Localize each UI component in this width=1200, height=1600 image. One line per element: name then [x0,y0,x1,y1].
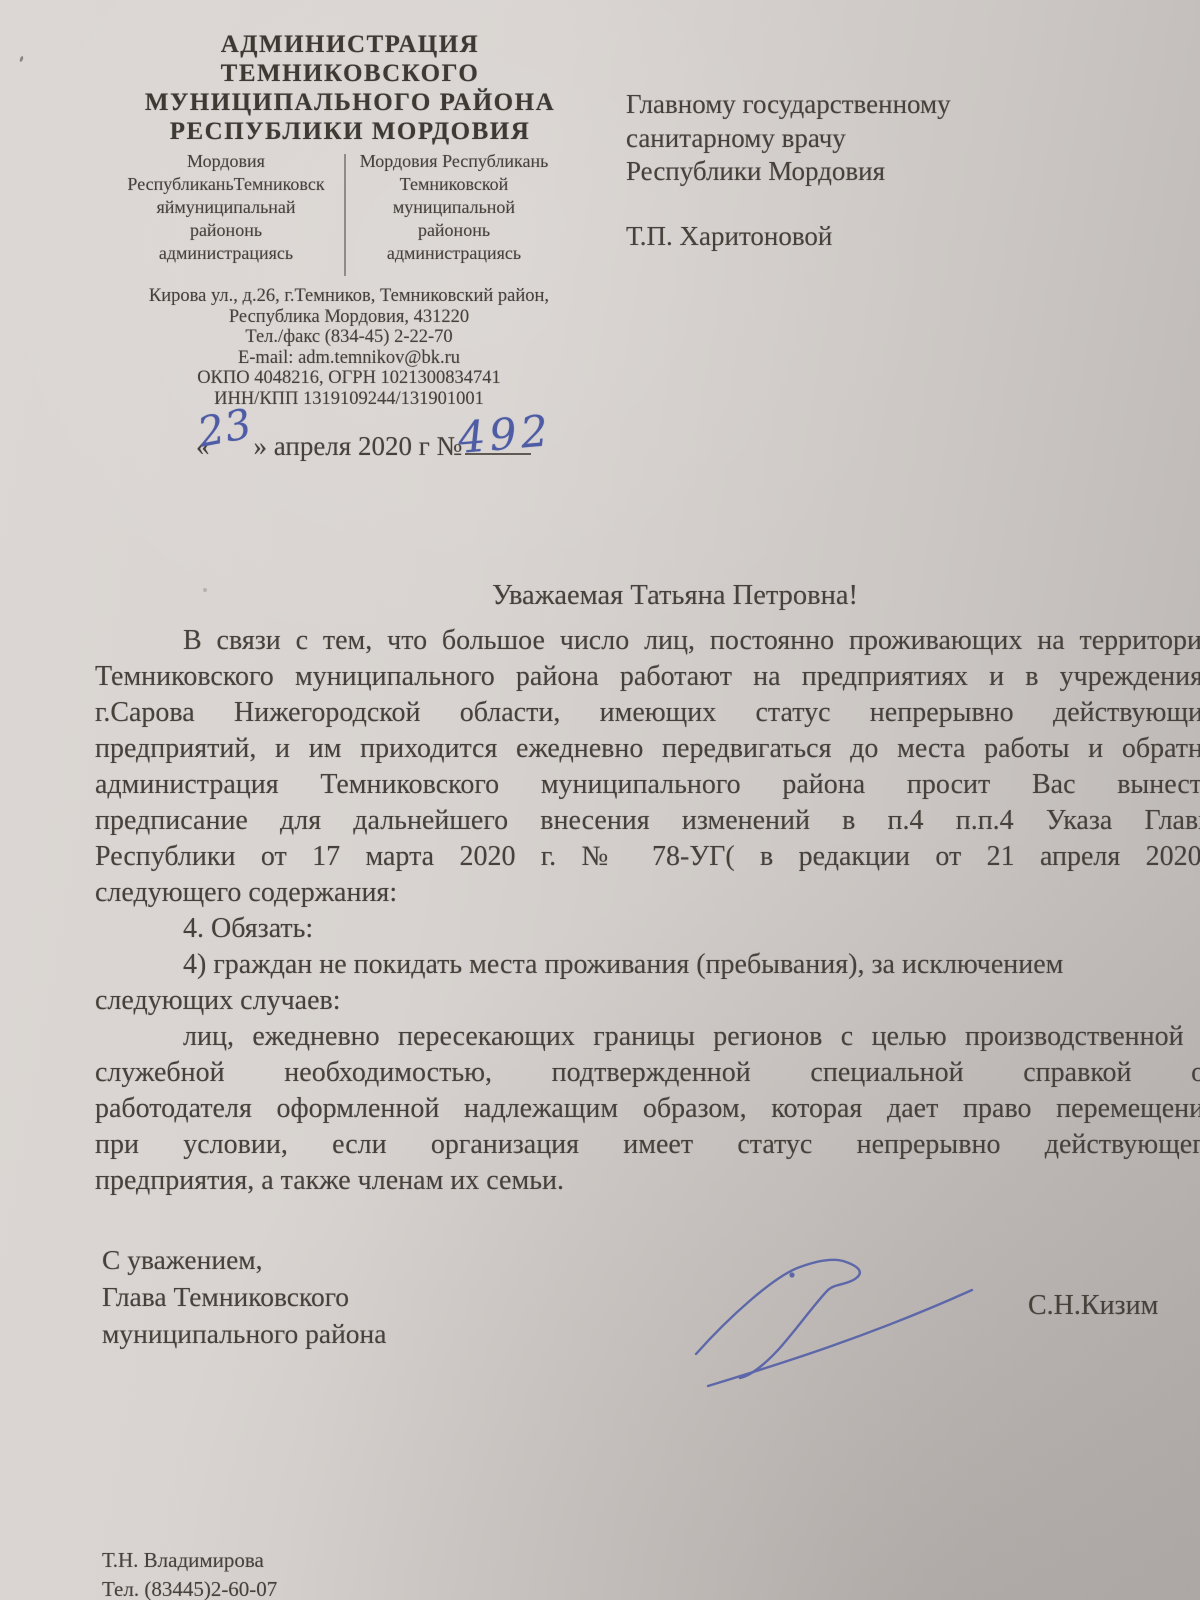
addressee-name: Т.П. Харитоновой [626,221,832,252]
letterhead-column-moksha: Мордовия РеспубликаньТемниковск яймуници… [110,150,342,265]
column-line: администрациясь [350,242,558,265]
body-line: администрация Темниковского муниципально… [95,767,1200,803]
scanned-letter-page: { "colors": { "paper": "#d6d1ce", "ink":… [0,0,1200,1600]
registration-numbers-line: ОКПО 4048216, ОГРН 1021300834741 [116,368,582,389]
body-line: Республики от 17 марта 2020 г. № 78-УГ( … [95,839,1200,875]
tax-numbers-line: ИНН/КПП 1319109244/131901001 [116,389,582,410]
column-line: райононь [350,219,558,242]
paper-speck [19,56,24,63]
letterhead-title: АДМИНИСТРАЦИЯ ТЕМНИКОВСКОГО МУНИЦИПАЛЬНО… [120,30,580,146]
email-line: E-mail: adm.temnikov@bk.ru [116,348,582,369]
numbered-item: 4. Обязать: [95,911,1200,947]
signer-name: С.Н.Кизим [1028,1290,1158,1322]
column-line: Темниковской [350,173,558,196]
addressee-line: санитарному врачу [626,122,1066,156]
body-line: предприятий, и им приходится ежедневно п… [95,731,1200,767]
letterhead-contact-block: Кирова ул., д.26, г.Темников, Темниковск… [116,286,582,409]
column-line: Мордовия [110,150,342,173]
letterhead-title-line: АДМИНИСТРАЦИЯ [120,30,580,59]
address-line: Тел./факс (834-45) 2-22-70 [116,327,582,348]
body-line: В связи с тем, что большое число лиц, по… [95,623,1200,659]
executor-phone: Тел. (83445)2-60-07 [102,1575,277,1600]
body-line: лиц, ежедневно пересекающих границы реги… [95,1019,1200,1055]
body-line: предприятия, а также членам их семьи. [95,1163,1200,1199]
body-line: предписание для дальнейшего внесения изм… [95,803,1200,839]
column-line: муниципальной [350,196,558,219]
address-line: Кирова ул., д.26, г.Темников, Темниковск… [116,286,582,307]
column-line: администрациясь [110,242,342,265]
salutation: Уважаемая Татьяна Петровна! [95,580,1200,612]
body-line: служебной необходимостью, подтвержденной… [95,1055,1200,1091]
executor-footer: Т.Н. Владимирова Тел. (83445)2-60-07 [102,1546,277,1600]
handwritten-signature-icon [650,1238,990,1398]
column-divider-line [344,154,346,276]
body-line: Темниковского муниципального района рабо… [95,659,1200,695]
body-line: г.Сарова Нижегородской области, имеющих … [95,695,1200,731]
column-line: яймуниципальнай [110,196,342,219]
body-line: при условии, если организация имеет стат… [95,1127,1200,1163]
handwritten-outgoing-number: 492 [456,406,554,464]
column-line: РеспубликаньТемниковск [110,173,342,196]
handwritten-day: 23 [194,399,256,456]
closing-line: С уважением, [102,1241,386,1278]
column-line: Мордовия Республикань [350,150,558,173]
letter-body: В связи с тем, что большое число лиц, по… [95,623,1200,1199]
letterhead-title-line: МУНИЦИПАЛЬНОГО РАЙОНА [120,88,580,117]
date-printed-text: » апреля 2020 г № [254,431,463,461]
letterhead-title-line: РЕСПУБЛИКИ МОРДОВИЯ [120,117,580,146]
address-line: Республика Мордовия, 431220 [116,307,582,328]
body-line: работодателя оформленной надлежащим обра… [95,1091,1200,1127]
letterhead-column-erzya: Мордовия Республикань Темниковской муниц… [350,150,558,265]
addressee-line: Главному государственному [626,88,1066,122]
numbered-item-line: 4) граждан не покидать места проживания … [95,947,1200,983]
numbered-item-line: следующих случаев: [95,983,1200,1019]
executor-name: Т.Н. Владимирова [102,1546,277,1575]
letterhead-title-line: ТЕМНИКОВСКОГО [120,59,580,88]
closing-line: Глава Темниковского [102,1278,386,1315]
paper-speck [203,588,207,592]
body-line: следующего содержания: [95,875,1200,911]
closing-block: С уважением, Глава Темниковского муницип… [102,1241,386,1352]
addressee-block: Главному государственному санитарному вр… [626,88,1066,189]
addressee-line: Республики Мордовия [626,155,1066,189]
closing-line: муниципального района [102,1315,386,1352]
column-line: райононь [110,219,342,242]
